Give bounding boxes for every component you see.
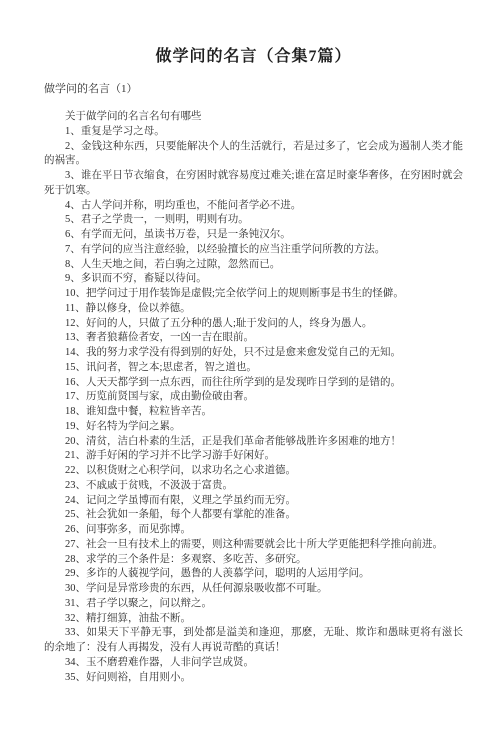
quote-item: 21、游手好闲的学习并不比学习游手好闲好。 [44, 449, 463, 464]
quote-item: 30、学问是异常珍贵的东西，从任何源泉吸收都不可耻。 [44, 582, 463, 597]
quote-item: 29、多诈的人藐视学问，愚鲁的人羡慕学问，聪明的人运用学问。 [44, 567, 463, 582]
quote-item: 14、我的努力求学没有得到别的好处，只不过是愈来愈发觉自己的无知。 [44, 346, 463, 361]
quote-item: 26、问事弥多，而见弥博。 [44, 523, 463, 538]
quote-item: 5、君子之学贵一，一则明，明则有功。 [44, 213, 463, 228]
quote-item: 9、多识而不穷，畜疑以待问。 [44, 272, 463, 287]
document-body: 做学问的名言（合集7篇） 做学问的名言（1） 关于做学问的名言名句有哪些 1、重… [0, 0, 500, 685]
quote-item: 19、好名特为学问之累。 [44, 420, 463, 435]
quote-item: 10、把学问过于用作装饰是虚假;完全依学问上的规则断事是书生的怪僻。 [44, 287, 463, 302]
quote-item: 6、有学而无问，虽读书万卷，只是一条钝汉尔。 [44, 228, 463, 243]
document-title: 做学问的名言（合集7篇） [44, 46, 463, 68]
quote-item: 2、金钱这种东西，只要能解决个人的生活就行，若是过多了，它会成为遏制人类才能的祸… [44, 140, 463, 170]
quote-item: 33、如果天下平静无事，到处都是溢美和逢迎，那麽，无耻、欺诈和愚昧更将有滋长的余… [44, 626, 463, 656]
quote-item: 11、静以修身，俭以养德。 [44, 302, 463, 317]
quote-item: 35、好问则裕，自用则小。 [44, 671, 463, 686]
quote-item: 28、求学的三个条件是：多观察、多吃苦、多研究。 [44, 553, 463, 568]
quote-item: 25、社会犹如一条船，每个人都要有掌舵的准备。 [44, 508, 463, 523]
intro-line: 关于做学问的名言名句有哪些 [44, 110, 463, 125]
quote-item: 20、清贫，洁白朴素的生活，正是我们革命者能够战胜许多困难的地方！ [44, 435, 463, 450]
quote-item: 22、以积货财之心积学问，以求功名之心求道德。 [44, 464, 463, 479]
quote-item: 31、君子学以聚之，问以辩之。 [44, 597, 463, 612]
quote-item: 27、社会一旦有技术上的需要，则这种需要就会比十所大学更能把科学推向前进。 [44, 538, 463, 553]
quote-item: 7、有学问的应当注意经验，以经验擅长的应当注重学问所教的方法。 [44, 243, 463, 258]
quote-item: 15、讯问者，智之本;思虑者，智之道也。 [44, 361, 463, 376]
quote-item: 1、重复是学习之母。 [44, 125, 463, 140]
quote-item: 23、不戚戚于贫贱，不汲汲于富贵。 [44, 479, 463, 494]
quote-item: 17、历览前贤国与家，成由勤俭破由奢。 [44, 390, 463, 405]
quote-item: 34、玉不磨碧难作器，人非问学岂成贤。 [44, 656, 463, 671]
quote-item: 4、古人学问并称，明均重也，不能问者学必不进。 [44, 199, 463, 214]
document-page: 做学问的名言（合集7篇） 做学问的名言（1） 关于做学问的名言名句有哪些 1、重… [0, 0, 500, 743]
quote-item: 3、谁在平日节衣缩食，在穷困时就容易度过难关;谁在富足时豪华奢侈，在穷困时就会死… [44, 169, 463, 199]
quote-item: 32、精打细算，油盐不断。 [44, 612, 463, 627]
quote-item: 12、好问的人，只做了五分种的愚人;耻于发问的人，终身为愚人。 [44, 317, 463, 332]
quote-item: 18、谁知盘中餐，粒粒皆辛苦。 [44, 405, 463, 420]
quote-item: 24、记问之学虽博而有限，义理之学虽约而无穷。 [44, 494, 463, 509]
quote-item: 13、奢者狼藉俭者安，一凶一吉在眼前。 [44, 331, 463, 346]
quote-item: 16、人天天都学到一点东西，而往往所学到的是发现昨日学到的是错的。 [44, 376, 463, 391]
section-label: 做学问的名言（1） [44, 82, 463, 97]
quote-item: 8、人生天地之间，若白驹之过隙，忽然而已。 [44, 258, 463, 273]
